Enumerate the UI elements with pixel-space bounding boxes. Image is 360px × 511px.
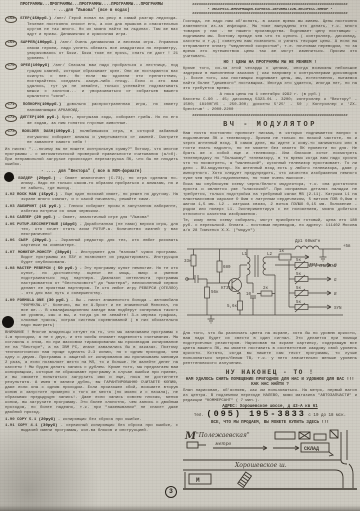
schematic-label-trim1: 5к (296, 259, 302, 263)
schematic-label-supply: +5в (343, 245, 351, 249)
schematic-label-trim4: 5к (296, 301, 302, 305)
catalog-entry: С69 SAPPER(100руб.) /анг/ Очень динамичн… (5, 40, 178, 62)
entry-price: (18руб) (60, 223, 77, 227)
scan-edge-shadow (0, 505, 360, 511)
entry-title: САППЕР (17, 216, 31, 220)
schematic-label-rf-out: ВЧ-выход (308, 263, 337, 269)
schematic-label-1k: 1к (279, 250, 285, 254)
entry-code: 1-04 (5, 216, 15, 220)
catalog-entry: С73 BOULDER DASH(100руб.) полюбившаяся и… (5, 129, 178, 146)
schematic-label-trim2: 5к (296, 273, 302, 277)
entry-title: ПОПКОРН (23, 103, 40, 107)
entry-title: ОРЕЛ (21, 64, 31, 68)
vector-items-list: 1-01 БОЛДЕР (20руб.) - Сюжет аналогичен … (5, 177, 178, 329)
entry-title: СЬЕР (18, 239, 28, 243)
entry-price: (20руб.) (36, 177, 55, 181)
finally-title: НУ НАКОНЕЦ - ТО ! (183, 369, 357, 377)
modulator-intro-paragraph: Нам почта постоянно приносит письма, в к… (183, 132, 357, 182)
price-list: Кассеты С-90 - 45; дисковод 5323.01 - 32… (183, 98, 357, 113)
schematic-label-kt315: КТ315 (221, 287, 234, 291)
entry-code-circled: С72 (5, 115, 17, 122)
schematic-label-5k6: 5,6к (227, 305, 238, 309)
catalog-entry: С70 ОРЕЛ(100руб) /анг/ Сначала вам надо … (5, 63, 178, 100)
schematic-label-out-syn: SYN (334, 307, 342, 311)
copy-items-list: 1-90 COPY 5.1 (20руб) - копировщик без с… (5, 418, 178, 435)
entry-price-handwritten: (100 руб.) (34, 116, 58, 120)
entry-code: 1-06 (5, 239, 15, 243)
entry-language-tag: /анг/ (53, 64, 65, 68)
entry-title: BOULDER DASH (22, 130, 53, 134)
entry-description: Эту программу купят немногие. Но те кто … (21, 267, 178, 296)
schematic-label-33k: 33к (184, 260, 192, 264)
buy-here-line: ВСЕ, ЧТО МЫ ПРОДАЕМ, ВЫ МОЖЕТЕ КУПИТЬ ЗД… (183, 421, 357, 426)
map-metro-label: метро (215, 442, 232, 447)
phone-hours: с 10 до 18 мск. (308, 414, 346, 418)
catalog-entry: 1-03 ЛАБИРИНТ (15 руб.) - Глючик собирае… (5, 205, 178, 215)
entry-code-circled: С70 (5, 63, 17, 70)
lvov-items-list: С68 STEP(150руб.) /анг/ Герой попал на р… (5, 16, 178, 146)
entry-code: 1-91 (5, 424, 15, 428)
left-column: ПРОГРАММЫ...ПРОГРАММЫ...ПРОГРАММЫ....ПРО… (5, 3, 178, 436)
catalog-entry: 1-05 PUTUP-БЕССМЕРТНЫЙ (18руб) - Доработ… (5, 223, 178, 238)
phone-number: (095) 195-3833 (206, 409, 305, 419)
entry-title: МОНИТОР-МОНСТР (18, 251, 52, 255)
entry-code-circled: С69 (5, 40, 17, 47)
catalog-entry: С72 ДИГГЕР(100 руб.) Крот, прогрызая ход… (5, 115, 178, 127)
entry-language-tag: /анг/ (60, 41, 72, 45)
modulator-scheme-paragraph: Пока мы опубликуем схему черно/белого мо… (183, 183, 357, 218)
prices-unchanged-line: НО ! ЦЕНЫ НА ПРОГРАММЫ МЫ НЕ МЕНЯЕМ ! (183, 61, 357, 67)
entry-code: 1-05 (5, 223, 15, 227)
entry-price-handwritten: (150руб.) (30, 17, 52, 21)
map-m-box-label: М (196, 477, 200, 484)
entry-price: (30 руб.) (46, 299, 68, 303)
finally-announcement: НАМ УДАЛОСЬ СНЯТЬ ПОМЕЩЕНИЕ ПРИГОДНОЕ ДЛ… (183, 378, 357, 388)
lvov-subheader: - ...для "Львова" (все в кодах) (5, 9, 178, 14)
masthead-border-bottom: ########################################… (183, 12, 357, 17)
schematic-label-l1: L1 (242, 253, 248, 257)
entry-price: (30руб) (41, 424, 58, 428)
entry-title: COPY 4.1 (18, 424, 38, 428)
entry-price: (20 руб.) (34, 216, 56, 220)
entry-price-handwritten: (100руб.) (35, 41, 57, 45)
right-column: ########################################… (183, 3, 357, 495)
schematic-label-680: 680 (223, 266, 231, 270)
catalog-entry: 1-90 COPY 5.1 (20руб) - копировщик без с… (5, 418, 178, 423)
schematic-label-out-b: B (334, 293, 337, 297)
entry-price-handwritten: (100руб) (30, 64, 49, 68)
entry-title: ДИГГЕР (20, 116, 34, 120)
phone-line: тел. (095) 195-3833 с 10 до 18 мск. (183, 410, 357, 421)
entry-description: Сюжет, аналогичный игре для "Львова" (63, 216, 149, 220)
entry-price: (15 руб.) (39, 205, 61, 209)
inflation-paragraph: Господа, не надо нам об'яснять, в какое … (183, 20, 357, 60)
hole-punch (2, 316, 14, 328)
entry-title: ROCK MAN (17, 193, 36, 197)
entry-code-circled: С71 (5, 102, 17, 109)
entry-price: (30руб) (55, 251, 72, 255)
catalog-entry: 1-08 МАСТЕР РЕВЕРСИ ( 50 руб.) - Эту про… (5, 267, 178, 297)
entry-price: (20руб) (39, 418, 56, 422)
masthead-border-top: ########################################… (183, 3, 357, 8)
entry-price-handwritten: (100руб.) (53, 130, 75, 134)
catalog-entry: 1-07 МОНИТОР-МОНСТР (30руб) - Инструмент… (5, 251, 178, 266)
entry-code-circled: С73 (5, 129, 17, 136)
entry-description: Сначала вам надо пробраться к лестнице, … (27, 64, 178, 99)
entry-price-handwritten: (100руб.) (40, 103, 62, 107)
catalog-entry: 1-09 FORMULA ONE (30 руб.) - Вы - пилот … (5, 299, 178, 329)
schematic-label-2k: 2к (263, 287, 269, 291)
entry-code: 1-07 (5, 251, 15, 255)
map-metro-station: "Полежаевская" (196, 432, 250, 439)
programs-header: ПРОГРАММЫ...ПРОГРАММЫ...ПРОГРАММЫ....ПРО… (5, 3, 178, 8)
letters-note: Из писем: "...почему вы не пишете контро… (5, 148, 178, 168)
entry-code-circled: С68 (5, 16, 17, 23)
entry-price: ( 50 руб.) (53, 267, 77, 271)
color-levels-paragraph: Для того, что бы различать цвета на экра… (183, 332, 357, 367)
entry-description: копировщик без сброса при ошибке. (63, 418, 142, 422)
catalog-entry: 1-91 COPY 4.1 (30руб) - сервисный копиро… (5, 424, 178, 434)
entry-code: 1-09 (5, 299, 15, 303)
schematic-label-choke: Др1 60мкГн (295, 240, 321, 244)
entry-title: БОЛДЕР (18, 177, 32, 181)
entry-code: 1-03 (5, 205, 15, 209)
catalog-entry: 1-04 САППЕР (20 руб.) - Сюжет, аналогичн… (5, 216, 178, 221)
modulator-section-title: ВЧ - МОДУЛЯТОР (183, 121, 357, 130)
attention-paragraph: ВНИМАНИЕ ! Многие владельцы сетуют на то… (5, 331, 178, 416)
schematic-label-10: 10 (246, 293, 252, 297)
catalog-entry: 1-02 ROCK MAN (15руб.) - Еще один похожи… (5, 193, 178, 203)
hole-punch (4, 172, 14, 182)
phone-prefix: тел. (194, 414, 204, 418)
vector-subheader: - .... для "Вектора" ( все в ROM-формате… (5, 170, 178, 175)
map-warehouse-label: СКЛАД (304, 446, 319, 452)
entry-title: COPY 5.1 (17, 418, 36, 422)
catalog-entry: 1-01 БОЛДЕР (20руб.) - Сюжет аналогичен … (5, 177, 178, 192)
entry-title: SAPPER (21, 41, 35, 45)
catalog-entry: 1-06 СЬЕР (20руб.) - Экранный редактор д… (5, 239, 178, 249)
entry-language-tag: /анг/ (54, 17, 66, 21)
schematic-label-out-g: G (334, 279, 337, 283)
schematic-label-trim3: 5к (296, 287, 302, 291)
entry-code: 1-90 (5, 418, 15, 422)
catalog-entry: С71 ПОПКОРН(100руб.) довольно распростра… (5, 102, 178, 114)
directions-paragraph: План нарисован, об'ясняем, как им пользо… (183, 389, 357, 404)
map-street-label: Хорошевское ш. (234, 462, 287, 469)
delays-paragraph: Кроме того, из-за этой чехарды с ценами,… (183, 67, 357, 92)
catalog-entry: С68 STEP(150руб.) /анг/ Герой попал на р… (5, 16, 178, 38)
page-number: 3 (165, 486, 177, 498)
entry-title: ЛАБИРИНТ (17, 205, 36, 209)
entry-title: PUTUP-БЕССМЕРТНЫЙ (17, 223, 58, 227)
location-map: М "Полежаевская" метро СКЛАД Хорошевское… (183, 428, 357, 490)
schematic-label-l2: L2 (267, 253, 273, 257)
entry-price: (20руб.) (32, 239, 51, 243)
schematic-label-56k: 56к (211, 291, 219, 295)
modulator-order-paragraph: Те, кому лень схему собирать, могут прио… (183, 219, 357, 234)
entry-code: 1-08 (5, 267, 15, 271)
entry-description: Вы - пилот знаменитого болида - автомоби… (21, 299, 178, 328)
entry-title: FORMULA ONE (17, 299, 44, 303)
entry-code: 1-02 (5, 193, 15, 197)
section-divider: ########################################… (183, 114, 357, 119)
rf-modulator-schematic: 33к 56к 680 КТ315 5,6к L1 L2 10 2к 1к 5к… (183, 235, 357, 327)
entry-price: (15руб.) (39, 193, 58, 197)
entry-title: STEP (20, 17, 30, 21)
entry-title: МАСТЕР РЕВЕРСИ (17, 267, 51, 271)
